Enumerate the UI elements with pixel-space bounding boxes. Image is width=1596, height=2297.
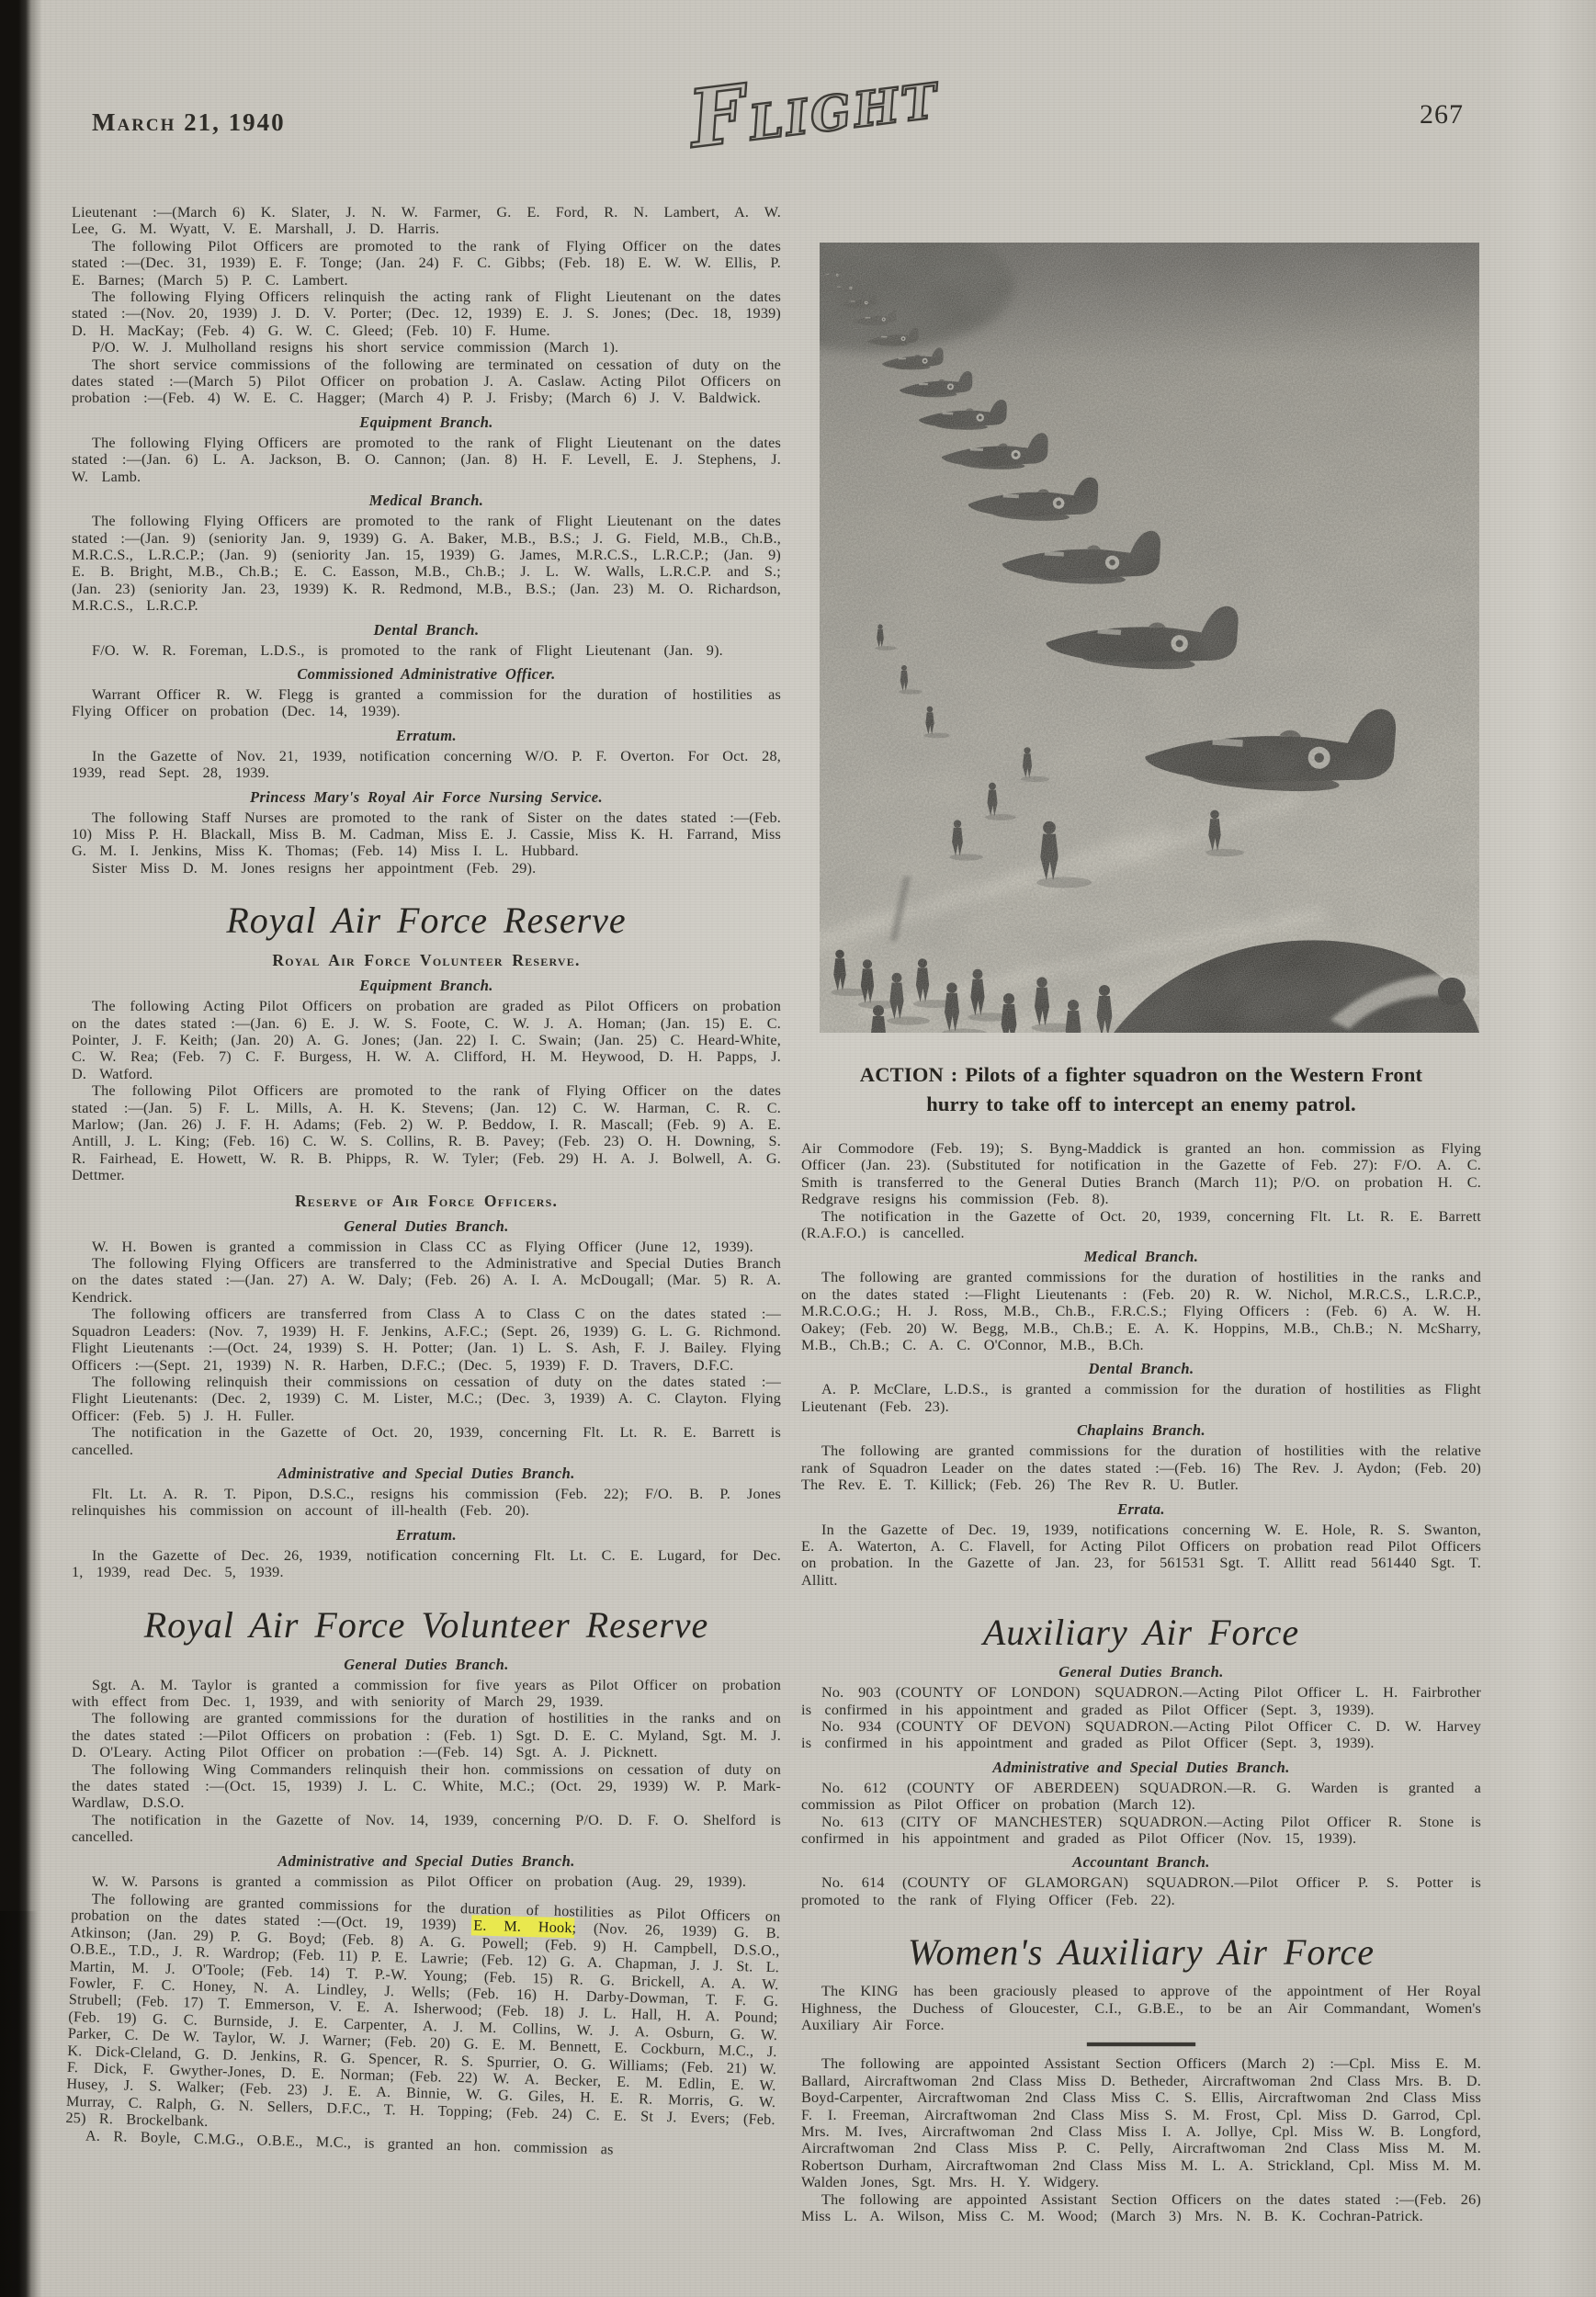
highlight-post-text: ; (Nov. 26, 1939) G. B. Atkinson; (Jan. …	[65, 1920, 780, 2131]
branch-heading-medical: Medical Branch.	[72, 492, 781, 510]
subsection-reserve-of-af-officers: Reserve of Air Force Officers.	[72, 1192, 781, 1211]
appointments-paragraph: The notification in the Gazette of Oct. …	[801, 1208, 1481, 1242]
errata-paragraph: In the Gazette of Dec. 19, 1939, notific…	[801, 1522, 1481, 1590]
magazine-page: March 21, 1940 FLIGHT 267 Lieutenant :—(…	[0, 0, 1596, 2297]
branch-heading-admin-special-duties: Administrative and Special Duties Branch…	[801, 1759, 1481, 1777]
appointments-paragraph: P/O. W. J. Mulholland resigns his short …	[72, 339, 781, 356]
erratum-heading: Erratum.	[72, 1526, 781, 1545]
photo-caption-line1: ACTION : Pilots of a fighter squadron on…	[836, 1060, 1446, 1090]
appointments-paragraph: The following are granted commissions fo…	[801, 1443, 1481, 1493]
branch-heading-dental: Dental Branch.	[801, 1360, 1481, 1378]
appointments-paragraph: The following Wing Commanders relinquish…	[72, 1761, 781, 1812]
nursing-service-heading: Princess Mary's Royal Air Force Nursing …	[72, 788, 781, 807]
appointments-paragraph: The following Flying Officers relinquish…	[72, 289, 781, 339]
branch-heading-medical: Medical Branch.	[801, 1248, 1481, 1266]
squadron-paragraph: No. 903 (COUNTY OF LONDON) SQUADRON.—Act…	[801, 1684, 1481, 1718]
squadron-paragraph: No. 614 (COUNTY OF GLAMORGAN) SQUADRON.—…	[801, 1874, 1481, 1908]
appointments-paragraph: The following officers are transferred f…	[72, 1306, 781, 1374]
appointments-paragraph: The following Flying Officers are promot…	[72, 513, 781, 614]
appointments-paragraph: The following are granted commissions fo…	[801, 1269, 1481, 1353]
erratum-heading: Erratum.	[72, 727, 781, 745]
issue-date: March 21, 1940	[92, 108, 286, 137]
errata-heading: Errata.	[801, 1500, 1481, 1519]
appointments-paragraph: W. H. Bowen is granted a commission in C…	[72, 1239, 781, 1255]
appointments-paragraph: Lieutenant :—(March 6) K. Slater, J. N. …	[72, 204, 781, 238]
appointments-paragraph: The notification in the Gazette of Oct. …	[72, 1424, 781, 1458]
scan-edge-shadow	[0, 0, 42, 2297]
appointments-paragraph: Air Commodore (Feb. 19); S. Byng-Maddick…	[801, 1140, 1481, 1208]
appointments-paragraph: A. P. McClare, L.D.S., is granted a comm…	[801, 1381, 1481, 1415]
appointments-paragraph: The notification in the Gazette of Nov. …	[72, 1812, 781, 1846]
section-title-rafvr: Royal Air Force Volunteer Reserve	[72, 1603, 781, 1646]
squadron-scramble-photo	[820, 243, 1479, 1033]
section-title-raf-reserve: Royal Air Force Reserve	[72, 899, 781, 942]
appointments-paragraph: Flt. Lt. A. R. T. Pipon, D.S.C., resigns…	[72, 1486, 781, 1520]
branch-heading-general-duties: General Duties Branch.	[72, 1217, 781, 1236]
page-margin	[1486, 0, 1596, 2297]
skewed-scan-region: The following are granted commissions fo…	[65, 1890, 781, 2162]
appointments-paragraph: W. W. Parsons is granted a commission as…	[72, 1873, 781, 1890]
squadron-paragraph: No. 934 (COUNTY OF DEVON) SQUADRON.—Acti…	[801, 1718, 1481, 1752]
highlighted-name: E. M. Hook	[473, 1918, 572, 1937]
subsection-rafvr: Royal Air Force Volunteer Reserve.	[72, 951, 781, 970]
branch-heading-general-duties: General Duties Branch.	[72, 1656, 781, 1674]
erratum-paragraph: In the Gazette of Nov. 21, 1939, notific…	[72, 748, 781, 782]
appointments-paragraph: The short service commissions of the fol…	[72, 356, 781, 407]
branch-heading-admin-officer: Commissioned Administrative Officer.	[72, 665, 781, 684]
page-number: 267	[1420, 99, 1464, 130]
appointments-paragraph: The KING has been graciously pleased to …	[801, 1983, 1481, 2033]
branch-heading-admin-special-duties: Administrative and Special Duties Branch…	[72, 1465, 781, 1483]
section-divider	[1087, 2042, 1195, 2046]
squadron-paragraph: No. 612 (COUNTY OF ABERDEEN) SQUADRON.—R…	[801, 1780, 1481, 1814]
appointments-paragraph: The following are appointed Assistant Se…	[801, 2055, 1481, 2190]
appointments-paragraph: The following are granted commissions fo…	[72, 1710, 781, 1760]
appointments-paragraph: The following Flying Officers are promot…	[72, 435, 781, 485]
right-column: ACTION : Pilots of a fighter squadron on…	[801, 243, 1481, 2224]
squadron-paragraph: No. 613 (CITY OF MANCHESTER) SQUADRON.—A…	[801, 1814, 1481, 1848]
appointments-paragraph: The following are appointed Assistant Se…	[801, 2191, 1481, 2225]
appointments-paragraph: The following Acting Pilot Officers on p…	[72, 998, 781, 1082]
appointments-paragraph: Sister Miss D. M. Jones resigns her appo…	[72, 860, 781, 877]
appointments-paragraph: F/O. W. R. Foreman, L.D.S., is promoted …	[72, 642, 781, 659]
appointments-paragraph: Sgt. A. M. Taylor is granted a commissio…	[72, 1677, 781, 1711]
appointments-paragraph: The following Pilot Officers are promote…	[72, 238, 781, 289]
branch-heading-equipment: Equipment Branch.	[72, 977, 781, 995]
appointments-paragraph-with-highlight: The following are granted commissions fo…	[65, 1890, 780, 2145]
appointments-paragraph: The following relinquish their commissio…	[72, 1374, 781, 1424]
branch-heading-equipment: Equipment Branch.	[72, 413, 781, 432]
branch-heading-admin-special-duties: Administrative and Special Duties Branch…	[72, 1852, 781, 1871]
section-title-auxiliary-air-force: Auxiliary Air Force	[801, 1611, 1481, 1654]
squadron-scramble-photo-art	[820, 243, 1479, 1033]
photo-caption-line2: hurry to take off to intercept an enemy …	[836, 1090, 1446, 1119]
appointments-paragraph: The following Flying Officers are transf…	[72, 1255, 781, 1306]
appointments-paragraph: The following Staff Nurses are promoted …	[72, 809, 781, 860]
left-column: Lieutenant :—(March 6) K. Slater, J. N. …	[72, 204, 781, 2144]
branch-heading-accountant: Accountant Branch.	[801, 1853, 1481, 1872]
section-title-womens-auxiliary-air-force: Women's Auxiliary Air Force	[801, 1930, 1481, 1974]
erratum-paragraph: In the Gazette of Dec. 26, 1939, notific…	[72, 1547, 781, 1581]
flight-logo: FLIGHT	[685, 51, 944, 160]
appointments-paragraph: Warrant Officer R. W. Flegg is granted a…	[72, 686, 781, 720]
branch-heading-chaplains: Chaplains Branch.	[801, 1421, 1481, 1440]
appointments-paragraph: The following Pilot Officers are promote…	[72, 1082, 781, 1183]
photo-caption: ACTION : Pilots of a fighter squadron on…	[836, 1060, 1446, 1118]
branch-heading-general-duties: General Duties Branch.	[801, 1663, 1481, 1681]
branch-heading-dental: Dental Branch.	[72, 621, 781, 639]
